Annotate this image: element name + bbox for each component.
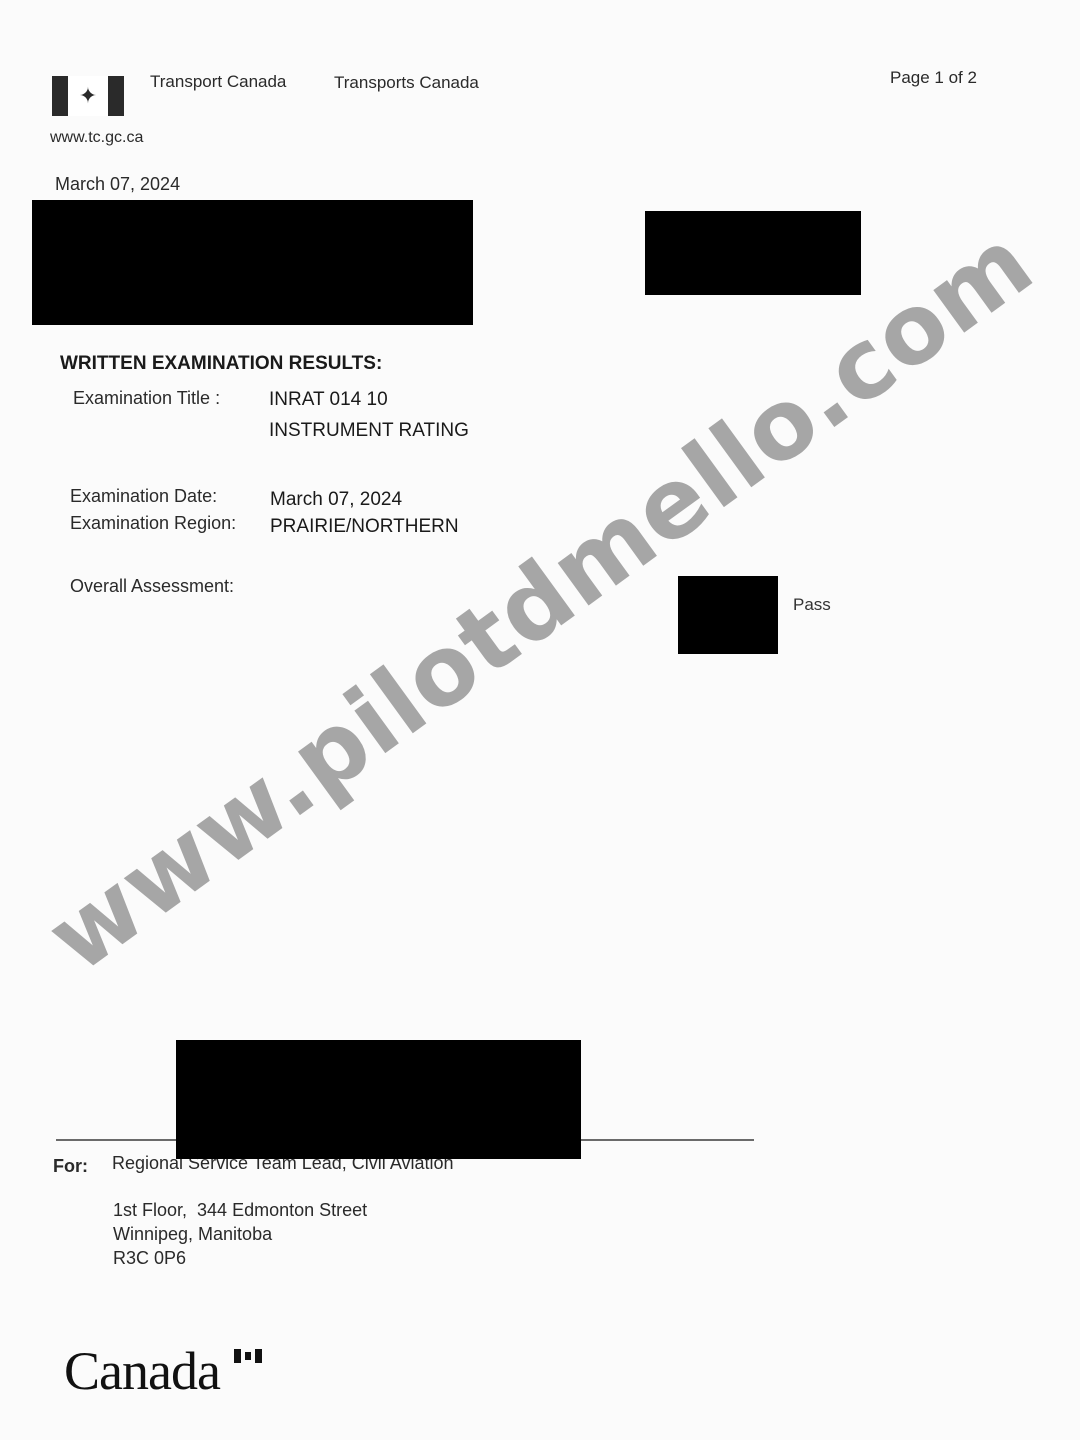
exam-title-label: Examination Title : [73, 388, 220, 409]
overall-assessment-value: Pass [793, 595, 831, 615]
exam-title-name: INSTRUMENT RATING [269, 420, 469, 442]
overall-assessment-label: Overall Assessment: [70, 576, 234, 597]
department-name-en: Transport Canada [150, 72, 286, 92]
results-heading: WRITTEN EXAMINATION RESULTS: [60, 353, 382, 375]
address-line-1: 1st Floor, 344 Edmonton Street [113, 1200, 367, 1221]
exam-title-code: INRAT 014 10 [269, 389, 388, 411]
exam-region-label: Examination Region: [70, 513, 236, 534]
redacted-signature-block [176, 1040, 581, 1159]
address-line-3: R3C 0P6 [113, 1248, 186, 1269]
letter-date: March 07, 2024 [55, 174, 180, 195]
redacted-score-block [678, 576, 778, 654]
address-line-2: Winnipeg, Manitoba [113, 1224, 272, 1245]
for-label: For: [53, 1156, 88, 1177]
canada-flag-icon: ✦ [52, 76, 124, 116]
exam-date-value: March 07, 2024 [270, 489, 402, 511]
canada-wordmark: Canada [64, 1340, 220, 1402]
redacted-recipient-block [32, 200, 473, 325]
exam-region-value: PRAIRIE/NORTHERN [270, 516, 459, 538]
exam-date-label: Examination Date: [70, 486, 217, 507]
website-link[interactable]: www.tc.gc.ca [50, 129, 143, 147]
page-indicator: Page 1 of 2 [890, 68, 977, 88]
department-name-fr: Transports Canada [334, 73, 479, 93]
wordmark-flag-icon [234, 1349, 262, 1363]
redacted-reference-block [645, 211, 861, 295]
